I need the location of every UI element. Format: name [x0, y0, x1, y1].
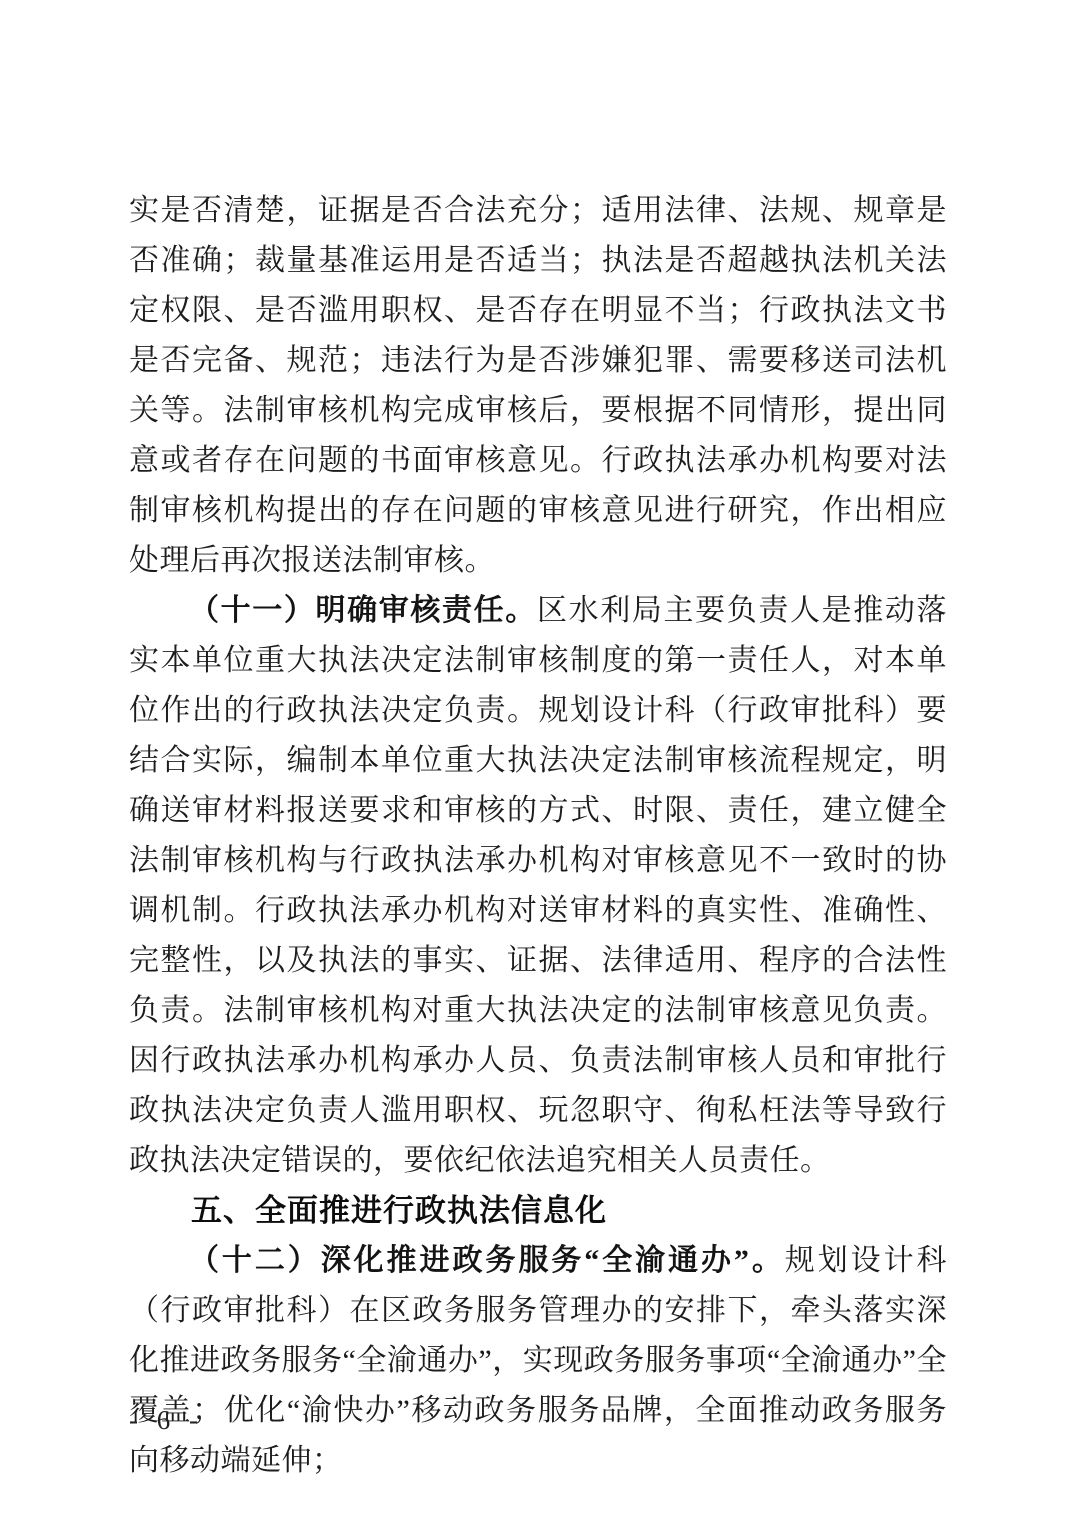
document-body: 实是否清楚，证据是否合法充分；适用法律、法规、规章是否准确；裁量基准运用是否适当…: [129, 186, 947, 1486]
paragraph-12-lead: （十二）深化推进政务服务“全渝通办”。: [189, 1244, 785, 1277]
paragraph-12-text: 规划设计科（行政审批科）在区政务服务管理办的安排下，牵头落实深化推进政务服务“全…: [129, 1244, 947, 1477]
paragraph-item-11: （十一）明确审核责任。区水利局主要负责人是推动落实本单位重大执法决定法制审核制度…: [129, 586, 947, 1186]
section-heading-5: 五、全面推进行政执法信息化: [129, 1186, 947, 1236]
document-page: 实是否清楚，证据是否合法充分；适用法律、法规、规章是否准确；裁量基准运用是否适当…: [0, 0, 1074, 1520]
paragraph-11-text: 区水利局主要负责人是推动落实本单位重大执法决定法制审核制度的第一责任人，对本单位…: [129, 594, 947, 1177]
page-footer: - 6 -: [129, 1405, 947, 1436]
paragraph-item-12: （十二）深化推进政务服务“全渝通办”。规划设计科（行政审批科）在区政务服务管理办…: [129, 1236, 947, 1486]
page-number: - 6 -: [129, 1405, 204, 1435]
paragraph-continuation: 实是否清楚，证据是否合法充分；适用法律、法规、规章是否准确；裁量基准运用是否适当…: [129, 186, 947, 586]
paragraph-11-lead: （十一）明确审核责任。: [189, 594, 537, 627]
